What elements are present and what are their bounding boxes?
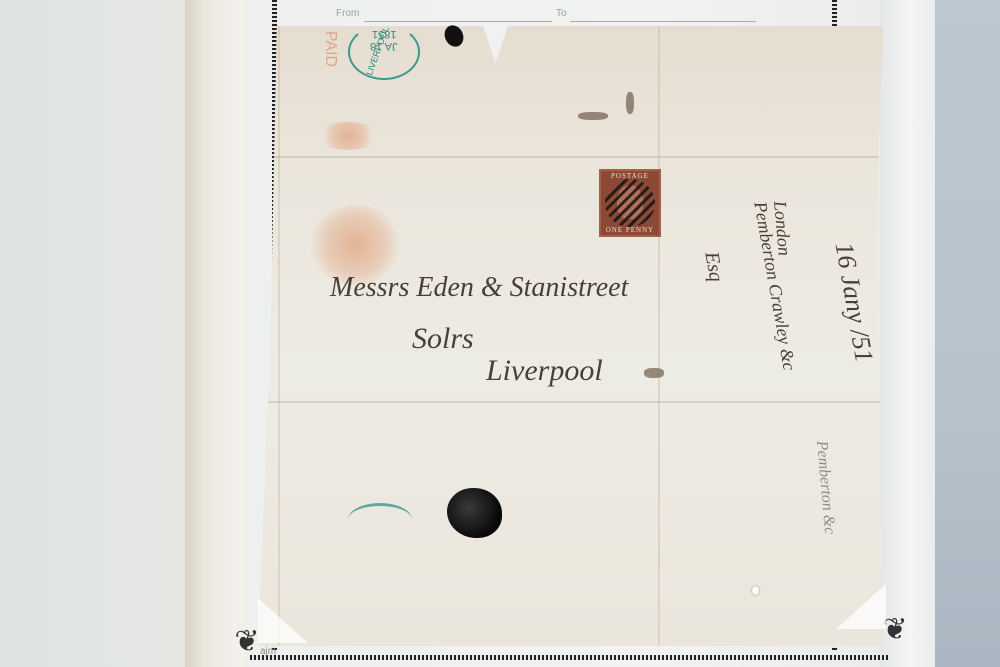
from-label: From — [336, 8, 359, 19]
numeral-cancel — [605, 179, 655, 227]
teal-mark-arc — [348, 503, 412, 536]
address-line-2: Solrs — [412, 322, 474, 356]
liverpool-postmark: LIVERPOOL JA 18 1851 — [348, 24, 420, 80]
ink-blot — [644, 368, 664, 378]
address-line-1: Messrs Eden & Stanistreet — [330, 272, 628, 304]
fold-line — [258, 401, 883, 403]
flourish-icon: ❦ — [232, 622, 262, 662]
photo-scene: From To ❦ ❦ LIVERPOOL JA 18 1851 PAID PO… — [0, 0, 1000, 667]
to-line — [570, 21, 756, 22]
black-wax-seal — [447, 488, 502, 538]
fold-line — [278, 26, 280, 646]
red-ink-smudge — [318, 122, 378, 150]
fold-line — [658, 26, 660, 646]
album-header: From To — [336, 8, 756, 24]
docket-line-3: Esq — [699, 250, 727, 284]
from-line — [364, 21, 552, 22]
to-label: To — [556, 8, 567, 19]
fold-line — [258, 156, 883, 158]
ink-blot — [626, 92, 634, 114]
left-album-page — [0, 0, 200, 667]
paper-hole — [752, 586, 759, 595]
backdrop — [935, 0, 1000, 667]
penny-red-stamp: POSTAGE ONE PENNY — [599, 169, 661, 237]
address-line-3: Liverpool — [486, 354, 603, 388]
paid-handstamp: PAID — [321, 31, 339, 67]
border-bottom — [250, 655, 890, 660]
page-edge — [880, 0, 940, 667]
ink-blot — [578, 112, 608, 120]
album-initials: ajm — [260, 646, 276, 657]
